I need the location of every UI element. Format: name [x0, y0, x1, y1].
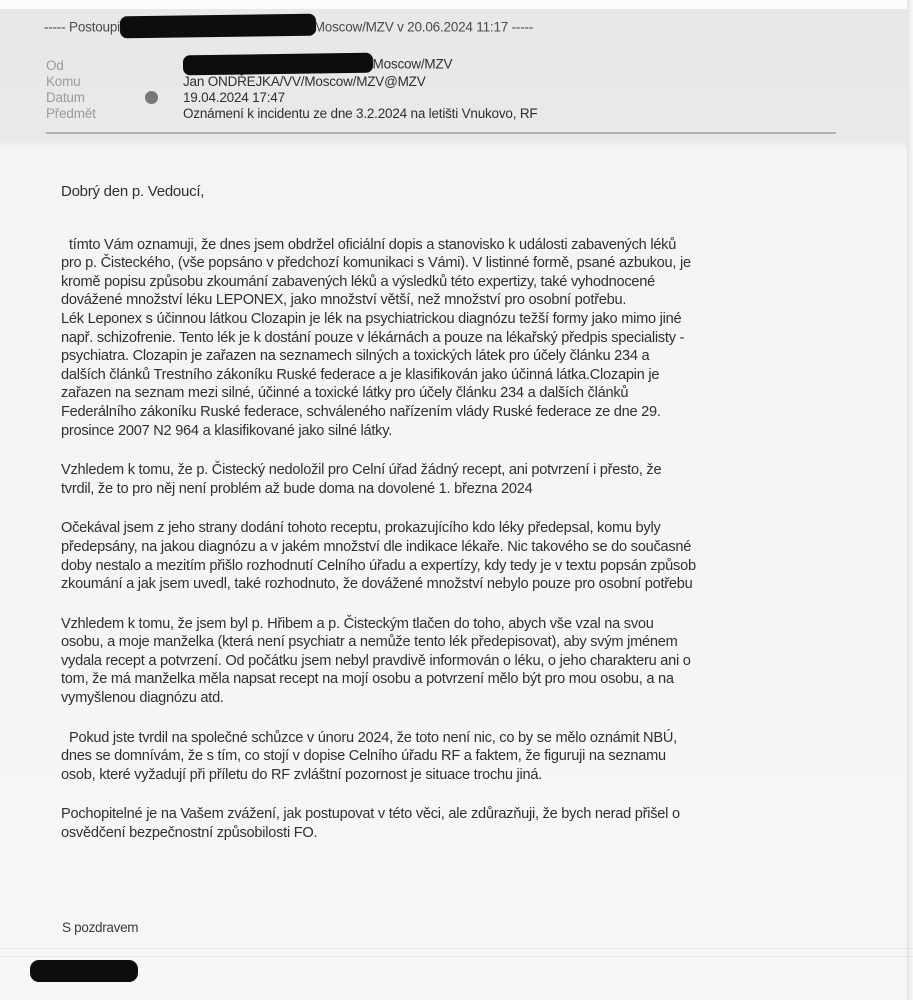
text-line: Federálního zákoníku Ruské federace, sch…: [61, 403, 881, 422]
email-header: Od /Moscow/MZV Komu Jan ONDŘEJKA/VV/Mosc…: [46, 57, 856, 121]
text-line: zkoumání a jak jsem uvedl, také rozhodnu…: [61, 575, 881, 594]
text-line: doby nestalo a mezitím přišlo rozhodnutí…: [61, 557, 881, 576]
body-paragraphs: tímto Vám oznamuji, že dnes jsem obdržel…: [61, 236, 881, 843]
redacted-sender: [183, 53, 373, 76]
body-paragraph: tímto Vám oznamuji, že dnes jsem obdržel…: [61, 236, 881, 441]
text-line: např. schizofrenie. Tento lék je k dostá…: [61, 329, 881, 348]
text-line: kromě popisu způsobu zkoumání zabavených…: [61, 273, 881, 292]
text-line: dnes se domnívám, že s tím, co stojí v d…: [61, 747, 881, 766]
text-line: Očekával jsem z jeho strany dodání tohot…: [61, 519, 881, 538]
text-line: psychiatra. Clozapin je zařazen na sezna…: [61, 347, 881, 366]
text-line: osvědčení bezpečnostní způsobilosti FO.: [61, 824, 881, 843]
from-value-suffix: /Moscow/MZV: [369, 57, 452, 72]
text-line: vymyšlenou diagnózu atd.: [61, 689, 881, 708]
body-paragraph: Pochopitelné je na Vašem zvážení, jak po…: [61, 805, 881, 842]
text-line: Lék Leponex s účinnou látkou Clozapin je…: [61, 310, 881, 329]
redacted-signature: [30, 960, 138, 982]
subject-value: Oznámení k incidentu ze dne 3.2.2024 na …: [183, 106, 537, 121]
text-line: Pokud jste tvrdil na společné schůzce v …: [61, 729, 881, 748]
text-line: dalších článků Trestního zákoníku Ruské …: [61, 366, 881, 385]
scan-artifact-line: [0, 948, 913, 949]
body-paragraph: Vzhledem k tomu, že p. Čistecký nedoloži…: [61, 461, 881, 498]
header-date-row: Datum 19.04.2024 17:47: [46, 89, 856, 105]
text-line: pro p. Čisteckého, (vše popsáno v předch…: [61, 254, 881, 273]
text-line: vydala recept a potvrzení. Od počátku js…: [61, 652, 881, 671]
date-label: Datum: [46, 90, 133, 105]
from-label: Od: [46, 58, 133, 73]
text-line: dovážené množství léku LEPONEX, jako mno…: [61, 291, 881, 310]
text-line: Vzhledem k tomu, že p. Čistecký nedoloži…: [61, 461, 881, 480]
body-paragraph: Pokud jste tvrdil na společné schůzce v …: [61, 729, 881, 785]
text-line: osobu, a moje manželka (která není psych…: [61, 633, 881, 652]
header-from-row: Od /Moscow/MZV: [46, 57, 856, 73]
greeting: Dobrý den p. Vedoucí,: [61, 183, 881, 202]
from-value: /Moscow/MZV: [183, 55, 452, 75]
text-line: prosince 2007 N2 964 a klasifikované jak…: [61, 422, 881, 441]
to-value: Jan ONDŘEJKA/VV/Moscow/MZV@MZV: [183, 74, 426, 89]
email-body: Dobrý den p. Vedoucí, tímto Vám oznamuji…: [61, 183, 881, 864]
subject-label: Předmět: [46, 106, 133, 121]
text-line: předepsány, na jakou diagnózu a v jakém …: [61, 538, 881, 557]
header-subject-row: Předmět Oznámení k incidentu ze dne 3.2.…: [46, 105, 856, 121]
body-paragraph: Očekával jsem z jeho strany dodání tohot…: [61, 519, 881, 593]
scan-artifact-line: [0, 956, 913, 957]
text-line: Pochopitelné je na Vašem zvážení, jak po…: [61, 805, 881, 824]
scan-right-edge: [907, 0, 913, 1000]
scan-top-edge: [0, 0, 913, 9]
forwarded-by-line: ----- PostoupilMoscow/MZV v 20.06.2024 1…: [44, 17, 533, 39]
text-line: Vzhledem k tomu, že jsem byl p. Hřibem a…: [61, 615, 881, 634]
forwarded-suffix: Moscow/MZV v 20.06.2024 11:17 -----: [314, 20, 533, 35]
to-label: Komu: [46, 74, 133, 89]
redacted-forwarder: [120, 14, 316, 39]
date-value: 19.04.2024 17:47: [183, 90, 285, 105]
header-to-row: Komu Jan ONDŘEJKA/VV/Moscow/MZV@MZV: [46, 73, 856, 89]
scanned-email-page: ----- PostoupilMoscow/MZV v 20.06.2024 1…: [0, 0, 913, 1000]
importance-dot-icon: [145, 91, 158, 104]
text-line: tom, že má manželka měla napsat recept n…: [61, 670, 881, 689]
text-line: zařazen na seznam mezi silné, účinné a t…: [61, 384, 881, 403]
body-paragraph: Vzhledem k tomu, že jsem byl p. Hřibem a…: [61, 615, 881, 708]
forwarded-prefix: ----- Postoupil: [44, 20, 123, 35]
header-divider: [46, 132, 836, 134]
text-line: tvrdil, že to pro něj není problém až bu…: [61, 480, 881, 499]
text-line: osob, které vyžadují při příletu do RF z…: [61, 766, 881, 785]
signoff: S pozdravem: [62, 920, 138, 935]
text-line: tímto Vám oznamuji, že dnes jsem obdržel…: [61, 236, 881, 255]
